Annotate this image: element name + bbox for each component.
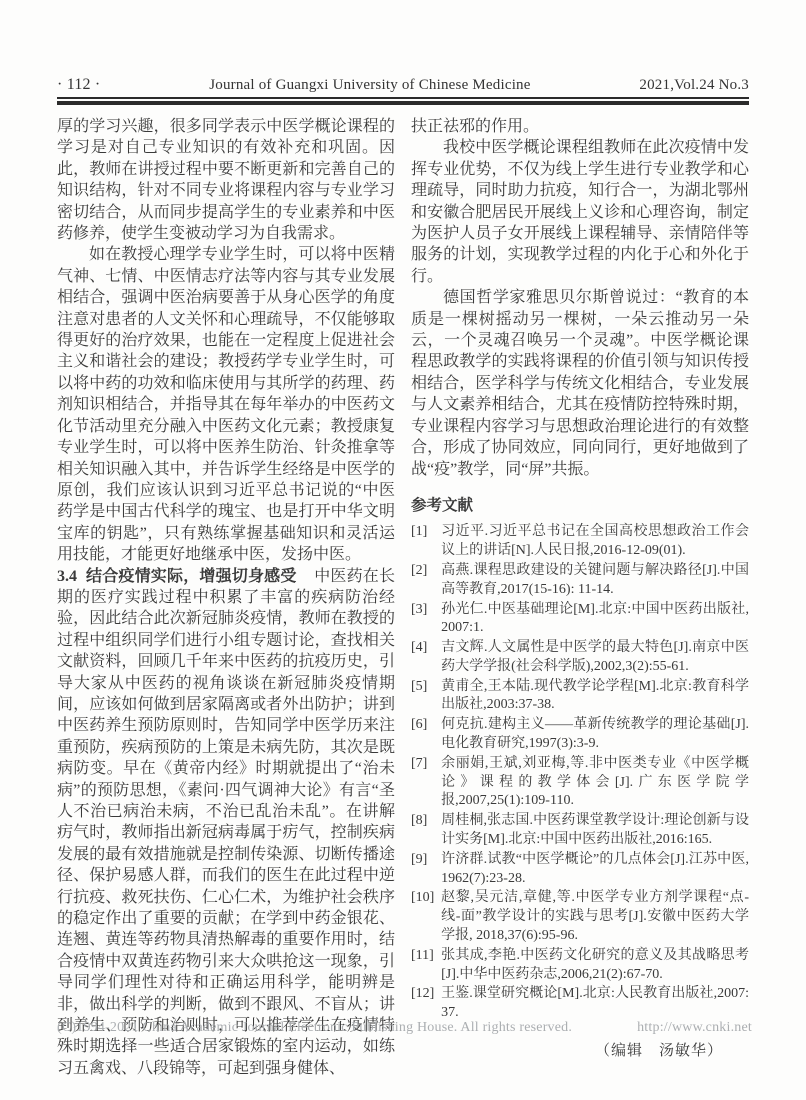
article-body: 厚的学习兴趣，很多同学表示中医学概论课程的学习是对自己专业知识的有效补充和巩固。… <box>57 116 749 1079</box>
divider-thick-line <box>57 101 749 105</box>
reference-text: 张其成,李艳.中医药文化研究的意义及其战略思考[J].中华中医药杂志,2006,… <box>441 948 749 982</box>
reference-item: [8]周桂桐,张志国.中医药课堂教学设计:理论创新与设计实务[M].北京:中国中… <box>411 812 749 850</box>
reference-text: 习近平.习近平总书记在全国高校思想政治工作会议上的讲话[N].人民日报,2016… <box>441 524 749 558</box>
section-number: 3.4 <box>57 568 77 585</box>
reference-item: [7]余丽娟,王斌,刘亚梅,等.非中医类专业《中医学概论》课程的教学体会[J].… <box>411 755 749 811</box>
paragraph: 德国哲学家雅思贝尔斯曾说过：“教育的本质是一棵树摇动另一棵树，一朵云推动另一朵云… <box>411 287 749 480</box>
reference-number: [11] <box>411 947 434 966</box>
header-divider <box>57 97 749 105</box>
reference-item: [3]孙光仁.中医基础理论[M].北京:中国中医药出版社, 2007:1. <box>411 601 749 639</box>
reference-number: [2] <box>411 562 427 581</box>
reference-text: 孙光仁.中医基础理论[M].北京:中国中医药出版社, 2007:1. <box>441 602 749 636</box>
reference-text: 周桂桐,张志国.中医药课堂教学设计:理论创新与设计实务[M].北京:中国中医药出… <box>441 813 749 847</box>
reference-number: [7] <box>411 755 427 774</box>
reference-item: [4]吉文辉.人文属性是中医学的最大特色[J].南京中医药大学学报(社会科学版)… <box>411 639 749 677</box>
section-paragraph: 3.4结合疫情实际，增强切身感受中医药在长期的医疗实践过程中积累了丰富的疾病防治… <box>57 566 395 1080</box>
reference-text: 余丽娟,王斌,刘亚梅,等.非中医类专业《中医学概论》课程的教学体会[J].广东医… <box>441 756 749 809</box>
references-list: [1]习近平.习近平总书记在全国高校思想政治工作会议上的讲话[N].人民日报,2… <box>411 523 749 1023</box>
reference-number: [1] <box>411 523 427 542</box>
reference-item: [2]高燕.课程思政建设的关键问题与解决路径[J].中国高等教育,2017(15… <box>411 562 749 600</box>
reference-text: 许济群.试教“中医学概论”的几点体会[J].江苏中医, 1962(7):23-2… <box>441 852 749 886</box>
page-number: · 112 · <box>57 76 100 94</box>
journal-title: Journal of Guangxi University of Chinese… <box>100 77 639 94</box>
reference-number: [9] <box>411 851 427 870</box>
paragraph: 如在教授心理学专业学生时，可以将中医精气神、七情、中医情志疗法等内容与其专业发展… <box>57 244 395 565</box>
reference-item: [12]王鉴.课堂研究概论[M].北京:人民教育出版社,2007: 37. <box>411 985 749 1023</box>
reference-text: 赵黎,吴元洁,章健,等.中医学专业方剂学课程“点-线-面”教学设计的实践与思考[… <box>441 890 749 943</box>
page-header: · 112 · Journal of Guangxi University of… <box>57 76 749 94</box>
paragraph: 我校中医学概论课程组教师在此次疫情中发挥专业优势，不仅为线上学生进行专业教学和心… <box>411 137 749 287</box>
page-footer: (C)1994-2021 China Academic Journal Elec… <box>57 1020 752 1036</box>
reference-item: [5]黄甫全,王本陆.现代教学论学程[M].北京:教育科学出版社,2003:37… <box>411 678 749 716</box>
reference-number: [8] <box>411 812 427 831</box>
reference-text: 王鉴.课堂研究概论[M].北京:人民教育出版社,2007: 37. <box>441 986 749 1020</box>
reference-number: [12] <box>411 985 434 1004</box>
reference-text: 何克抗.建构主义——革新传统教学的理论基础[J].电化教育研究,1997(3):… <box>441 717 749 751</box>
reference-number: [3] <box>411 601 427 620</box>
reference-item: [6]何克抗.建构主义——革新传统教学的理论基础[J].电化教育研究,1997(… <box>411 716 749 754</box>
reference-number: [10] <box>411 889 434 908</box>
footer-url: http://www.cnki.net <box>637 1020 752 1036</box>
reference-item: [1]习近平.习近平总书记在全国高校思想政治工作会议上的讲话[N].人民日报,2… <box>411 523 749 561</box>
paragraph-continuation: 扶正祛邪的作用。 <box>411 116 749 137</box>
left-column: 厚的学习兴趣，很多同学表示中医学概论课程的学习是对自己专业知识的有效补充和巩固。… <box>57 116 395 1079</box>
reference-item: [9]许济群.试教“中医学概论”的几点体会[J].江苏中医, 1962(7):2… <box>411 851 749 889</box>
journal-page: · 112 · Journal of Guangxi University of… <box>0 0 806 1100</box>
issue-info: 2021,Vol.24 No.3 <box>639 77 749 94</box>
reference-item: [11]张其成,李艳.中医药文化研究的意义及其战略思考[J].中华中医药杂志,2… <box>411 947 749 985</box>
reference-item: [10]赵黎,吴元洁,章健,等.中医学专业方剂学课程“点-线-面”教学设计的实践… <box>411 889 749 945</box>
editor-note: （编辑 汤敏华） <box>411 1041 749 1062</box>
section-body-text: 中医药在长期的医疗实践过程中积累了丰富的疾病防治经验，因此结合此次新冠肺炎疫情，… <box>57 568 395 1077</box>
copyright-text: (C)1994-2021 China Academic Journal Elec… <box>57 1020 572 1036</box>
reference-number: [5] <box>411 678 427 697</box>
reference-text: 高燕.课程思政建设的关键问题与解决路径[J].中国高等教育,2017(15-16… <box>441 563 749 597</box>
paragraph-continuation: 厚的学习兴趣，很多同学表示中医学概论课程的学习是对自己专业知识的有效补充和巩固。… <box>57 116 395 244</box>
right-column: 扶正祛邪的作用。 我校中医学概论课程组教师在此次疫情中发挥专业优势，不仅为线上学… <box>411 116 749 1079</box>
reference-text: 黄甫全,王本陆.现代教学论学程[M].北京:教育科学出版社,2003:37-38… <box>441 679 749 713</box>
reference-number: [4] <box>411 639 427 658</box>
reference-text: 吉文辉.人文属性是中医学的最大特色[J].南京中医药大学学报(社会科学版),20… <box>441 640 749 674</box>
references-heading: 参考文献 <box>411 495 749 516</box>
reference-number: [6] <box>411 716 427 735</box>
section-title: 结合疫情实际，增强切身感受 <box>86 568 297 585</box>
